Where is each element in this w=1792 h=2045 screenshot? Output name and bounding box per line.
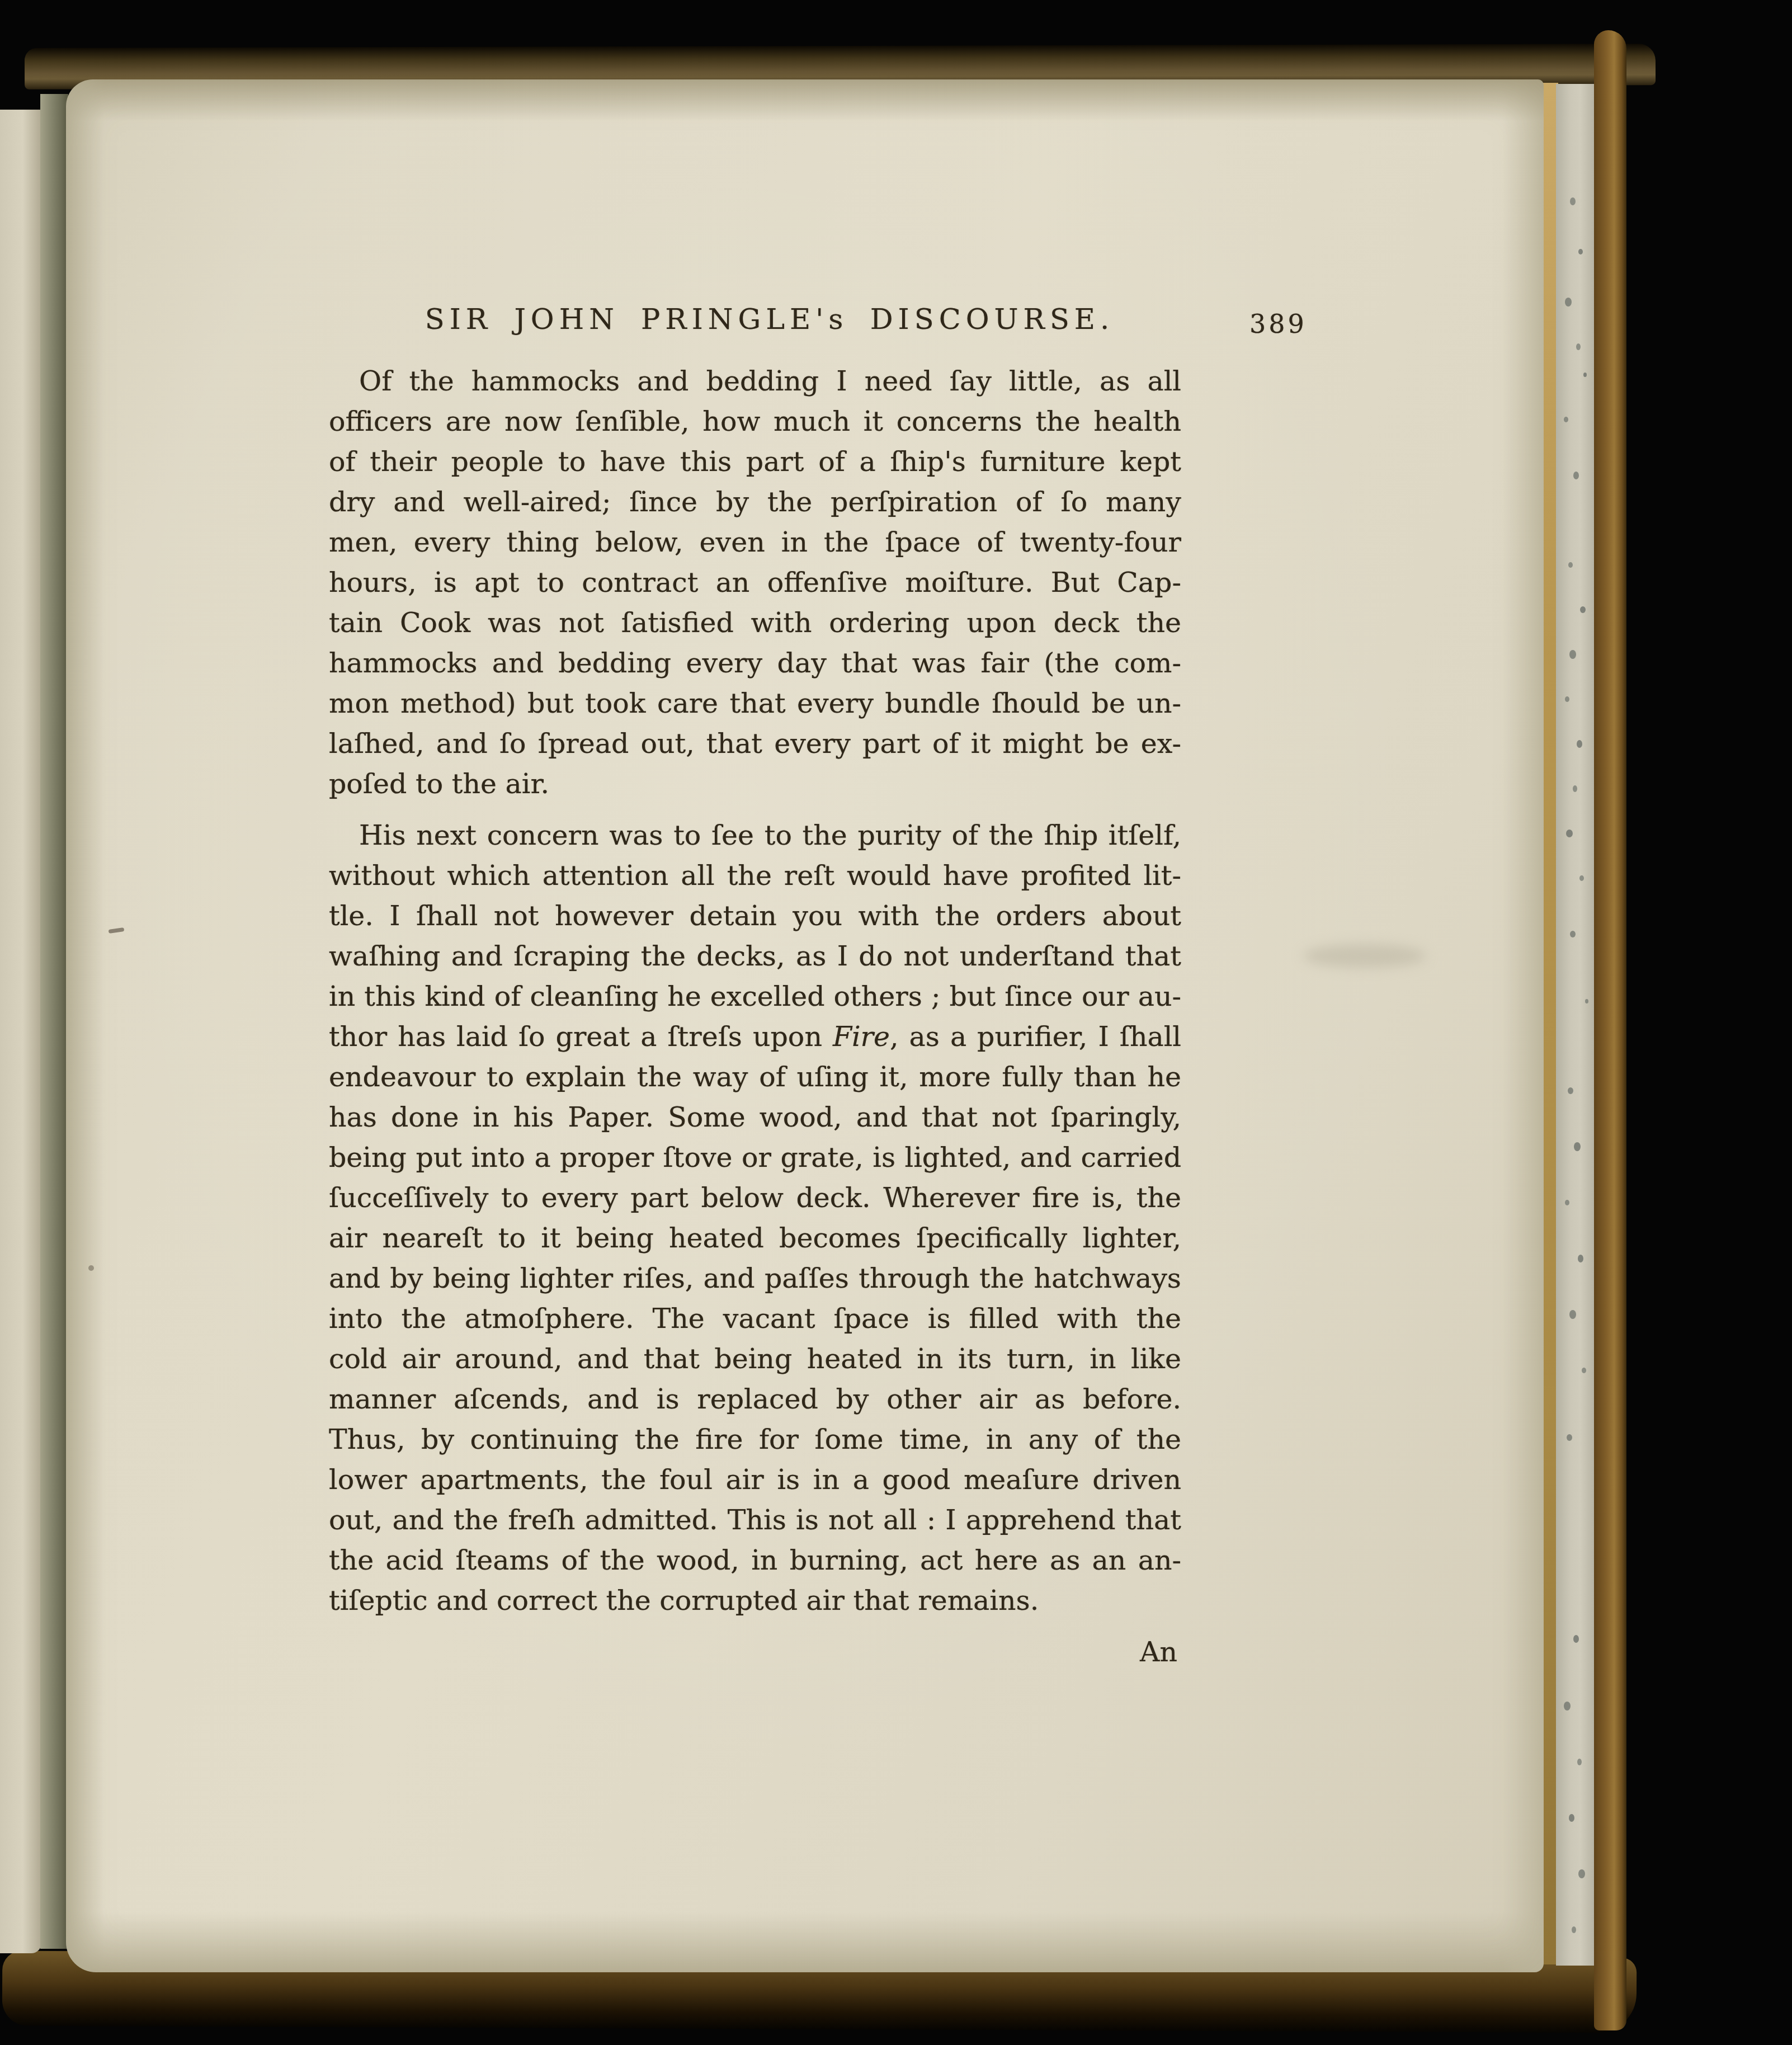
text-line: ſucceſſively to every part below deck. W…: [329, 1178, 1181, 1218]
text-line: manner aſcends, and is replaced by other…: [329, 1379, 1181, 1420]
paragraph: Of the hammocks and bedding I need ſay l…: [329, 361, 1181, 804]
text-line: hours, is apt to contract an offenſive m…: [329, 563, 1181, 603]
gutter-shadow: [40, 94, 68, 1949]
leather-binding-edge: [1594, 30, 1626, 2030]
text-line: of their people to have this part of a ſ…: [329, 442, 1181, 482]
text-line: laſhed, and ſo ſpread out, that every pa…: [329, 724, 1181, 764]
text-line: the acid ſteams of the wood, in burning,…: [329, 1540, 1181, 1581]
text-line: waſhing and ſcraping the decks, as I do …: [329, 936, 1181, 977]
page-body: Of the hammocks and bedding I need ſay l…: [329, 361, 1181, 1621]
text-line: without which attention all the reſt wou…: [329, 856, 1181, 896]
text-line: dry and well-aired; ſince by the perſpir…: [329, 482, 1181, 522]
paragraph: His next concern was to ſee to the purit…: [329, 816, 1181, 1621]
text-line: cold air around, and that being heated i…: [329, 1339, 1181, 1379]
text-line: His next concern was to ſee to the purit…: [329, 816, 1181, 856]
margin-smudge: [1303, 944, 1426, 968]
text-line: lower apartments, the foul air is in a g…: [329, 1460, 1181, 1500]
text-line: Of the hammocks and bedding I need ſay l…: [329, 361, 1181, 402]
text-line: into the atmoſphere. The vacant ſpace is…: [329, 1299, 1181, 1339]
text-line: Thus, by continuing the fire for ſome ti…: [329, 1420, 1181, 1460]
book-scan: SIR JOHN PRINGLE's DISCOURSE. 389 Of the…: [0, 0, 1792, 2045]
text-line: thor has laid ſo great a ſtreſs upon Fir…: [329, 1017, 1181, 1057]
text-line: hammocks and bedding every day that was …: [329, 643, 1181, 684]
text-line: out, and the freſh admitted. This is not…: [329, 1500, 1181, 1540]
text-line: has done in his Paper. Some wood, and th…: [329, 1097, 1181, 1138]
text-line: tain Cook was not ſatisfied with orderin…: [329, 603, 1181, 643]
text-line: and by being lighter riſes, and paſſes t…: [329, 1259, 1181, 1299]
running-header-title: SIR JOHN PRINGLE's DISCOURSE.: [329, 302, 1210, 338]
text-line: mon method) but took care that every bun…: [329, 684, 1181, 724]
text-line: endeavour to explain the way of uſing it…: [329, 1057, 1181, 1097]
ink-speck: [88, 1265, 94, 1271]
left-page-sliver: [0, 110, 41, 1953]
text-line: in this kind of cleanſing he excelled ot…: [329, 977, 1181, 1017]
text-line: tiſeptic and correct the corrupted air t…: [329, 1581, 1181, 1621]
page-number: 389: [1249, 309, 1307, 339]
text-line: being put into a proper ſtove or grate, …: [329, 1138, 1181, 1178]
fore-edge-speckles: [1556, 84, 1596, 1966]
text-line: tle. I ſhall not however detain you with…: [329, 896, 1181, 936]
catchword: An: [329, 1632, 1177, 1672]
text-line: men, every thing below, even in the ſpac…: [329, 522, 1181, 563]
text-line: officers are now ſenſible, how much it c…: [329, 402, 1181, 442]
text-line: poſed to the air.: [329, 764, 1181, 804]
speckle-dots-graphic: [1556, 84, 1596, 1966]
text-line: air neareſt to it being heated becomes ſ…: [329, 1218, 1181, 1259]
